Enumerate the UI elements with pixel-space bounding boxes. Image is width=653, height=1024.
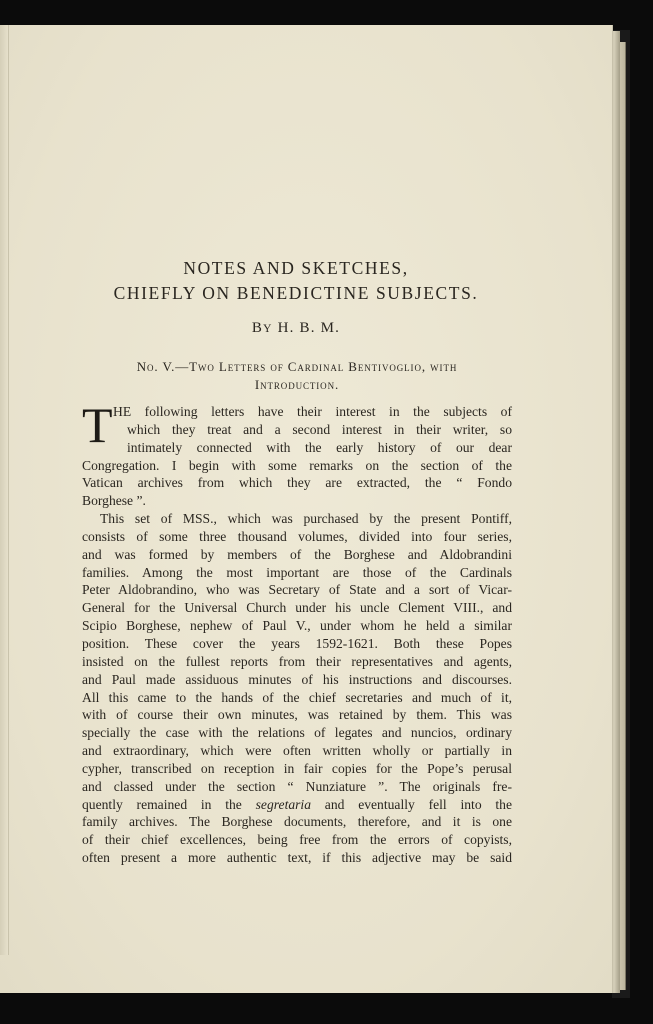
section-heading-line-1: No. V.—Two Letters of Cardinal Bentivogl… <box>82 358 512 376</box>
text-line: and was formed by members of the Borghes… <box>82 546 512 564</box>
italic-term: segretaria <box>256 797 311 812</box>
text-line: which they treat and a second interest i… <box>82 421 512 439</box>
article-body: T HE following letters have their intere… <box>82 403 512 867</box>
text-line: and Paul made assiduous minutes of his i… <box>82 671 512 689</box>
text-segment: and eventually fell into the <box>325 797 512 812</box>
text-line: This set of MSS., which was purchased by… <box>82 510 512 528</box>
paragraph-2: This set of MSS., which was purchased by… <box>82 510 512 867</box>
text-line: Vatican archives from which they are ext… <box>82 474 512 492</box>
byline-author: H. B. M. <box>278 320 341 336</box>
text-line: cypher, transcribed on reception in fair… <box>82 760 512 778</box>
text-line: General for the Universal Church under h… <box>82 599 512 617</box>
text-line: intimately connected with the early hist… <box>82 439 512 457</box>
text-line: position. These cover the years 1592-162… <box>82 635 512 653</box>
text-line: consists of some three thousand volumes,… <box>82 528 512 546</box>
article-title-line-1: NOTES AND SKETCHES, <box>0 258 592 279</box>
paragraph-1: HE following letters have their interest… <box>82 403 512 510</box>
article-title-line-2: CHIEFLY ON BENEDICTINE SUBJECTS. <box>0 283 592 304</box>
byline-prefix-b: B <box>252 320 263 336</box>
text-line: and extraordinary, which were often writ… <box>82 742 512 760</box>
byline: BY H. B. M. <box>0 320 592 337</box>
text-segment: quently remained in the <box>82 797 242 812</box>
text-line: HE following letters have their interest… <box>82 403 512 421</box>
text-line: families. Among the most important are t… <box>82 564 512 582</box>
text-line: quently remained in the segretaria and e… <box>82 796 512 814</box>
text-line: specially the case with the relations of… <box>82 724 512 742</box>
text-line: family archives. The Borghese documents,… <box>82 813 512 831</box>
section-heading: No. V.—Two Letters of Cardinal Bentivogl… <box>82 358 512 394</box>
text-line: of their chief excellences, being free f… <box>82 831 512 849</box>
page-gutter <box>0 25 9 955</box>
text-line: with of course their own minutes, was re… <box>82 706 512 724</box>
text-line: Scipio Borghese, nephew of Paul V., unde… <box>82 617 512 635</box>
text-line: and classed under the section “ Nunziatu… <box>82 778 512 796</box>
section-heading-line-2: Introduction. <box>82 376 512 394</box>
text-line: often present a more authentic text, if … <box>82 849 512 867</box>
text-line: insisted on the fullest reports from the… <box>82 653 512 671</box>
byline-prefix-y: Y <box>263 323 273 335</box>
text-line: Borghese ”. <box>82 492 512 510</box>
text-line: Congregation. I begin with some remarks … <box>82 457 512 475</box>
text-line: All this came to the hands of the chief … <box>82 689 512 707</box>
drop-cap: T <box>82 405 113 445</box>
text-line: Peter Aldobrandino, who was Secretary of… <box>82 581 512 599</box>
